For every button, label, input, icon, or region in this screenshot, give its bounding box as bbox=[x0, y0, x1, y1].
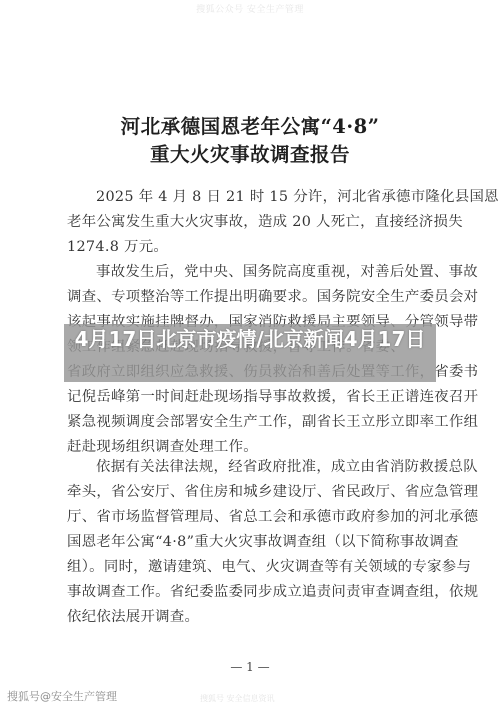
paragraph-3: 依据有关法律法规，经省政府批准，成立由省消防救援总队 牵头，省公安厅、省住房和城… bbox=[67, 455, 439, 630]
text-line: 依据有关法律法规，经省政府批准，成立由省消防救援总队 bbox=[67, 455, 439, 480]
text-line: 组）。同时，邀请建筑、电气、火灾调查等有关领域的专家参与 bbox=[67, 555, 439, 580]
paragraph-1: 2025 年 4 月 8 日 21 时 15 分许，河北省承德市隆化县国恩 老年… bbox=[67, 185, 439, 260]
page-number: — 1 — bbox=[0, 660, 500, 674]
text-line: 事故调查工作。省纪委监委同步成立追责问责审查调查组，依规 bbox=[67, 580, 439, 605]
text-line: 紧急视频调度会部署安全生产工作，副省长王立彤立即率工作组 bbox=[67, 410, 439, 435]
text-line: 牵头，省公安厅、省住房和城乡建设厅、省民政厅、省应急管理 bbox=[67, 480, 439, 505]
text-line: 1274.8 万元。 bbox=[67, 235, 439, 260]
headline-overlay-text: 4月17日北京市疫情/北京新闻4月17日 bbox=[64, 326, 436, 352]
text-line: 事故发生后，党中央、国务院高度重视，对善后处置、事故 bbox=[67, 260, 439, 285]
text-line: 依纪依法展开调查。 bbox=[67, 605, 439, 630]
document-title-line-2: 重大火灾事故调查报告 bbox=[0, 139, 500, 167]
text-line: 厅、省市场监督管理局、省总工会和承德市政府参加的河北承德 bbox=[67, 505, 439, 530]
text-line: 2025 年 4 月 8 日 21 时 15 分许，河北省承德市隆化县国恩 bbox=[67, 185, 439, 210]
top-watermark: 搜狐公众号 安全生产管理 bbox=[0, 2, 500, 15]
text-line: 调查、专项整治等工作提出明确要求。国务院安全生产委员会对 bbox=[67, 285, 439, 310]
text-line: 国恩老年公寓“4·8”重大火灾事故调查组（以下简称事故调查 bbox=[67, 530, 439, 555]
bottom-left-watermark: 搜狐号@安全生产管理 bbox=[7, 688, 117, 704]
document-title-line-1: 河北承德国恩老年公寓“4·8” bbox=[0, 111, 500, 139]
bottom-center-watermark: 搜狐号 安全信息资讯 bbox=[200, 693, 275, 704]
text-line: 老年公寓发生重大火灾事故，造成 20 人死亡，直接经济损失 bbox=[67, 210, 439, 235]
text-line: 记倪岳峰第一时间赶赴现场指导事故救援，省长王正谱连夜召开 bbox=[67, 385, 439, 410]
